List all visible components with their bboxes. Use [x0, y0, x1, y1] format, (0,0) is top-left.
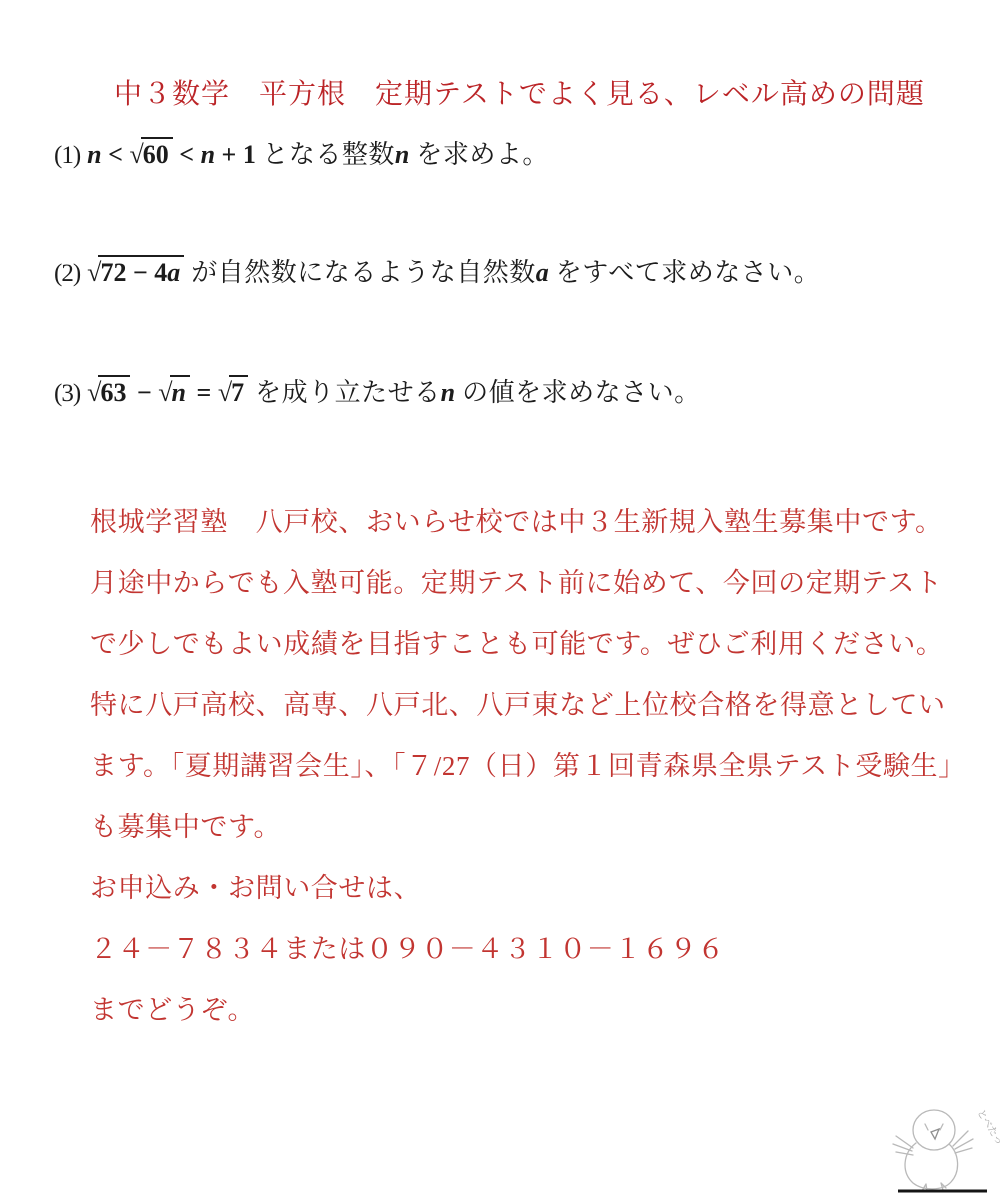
sqrt-expression: √63: [87, 375, 130, 408]
formula-segment: a: [167, 258, 180, 287]
radicand: 7: [229, 375, 248, 407]
radicand: 63: [98, 375, 130, 407]
promo-line-9: までどうぞ。: [90, 980, 966, 1041]
formula-segment: n: [87, 140, 101, 169]
sqrt-expression: √n: [158, 375, 190, 408]
formula-segment: をすべて求めなさい。: [549, 258, 820, 287]
formula-segment: を求めよ。: [409, 140, 549, 169]
sqrt-expression: √72 − 4a: [87, 255, 184, 288]
promo-paragraph: 根城学習塾 八戸校、おいらせ校では中３生新規入塾生募集中です。 月途中からでも入…: [90, 492, 966, 1041]
problem-3-formula: √63 − √n = √7 を成り立たせるn の値を求めなさい。: [87, 378, 700, 407]
chick-wing-left: [893, 1136, 913, 1155]
promo-line-7: お申込み・お問い合せは、: [90, 858, 966, 919]
problem-3: (3)√63 − √n = √7 を成り立たせるn の値を求めなさい。: [54, 372, 701, 409]
formula-segment: =: [190, 378, 218, 407]
sqrt-expression: √60: [129, 137, 172, 170]
formula-segment: n: [441, 378, 455, 407]
formula-segment: n: [201, 140, 215, 169]
problem-2-number: (2): [54, 260, 80, 287]
problem-2: (2)√72 − 4a が自然数になるような自然数a をすべて求めなさい。: [54, 252, 820, 289]
problem-1-formula: n < √60 < n + 1 となる整数n を求めよ。: [87, 140, 549, 169]
promo-line-2: 月途中からでも入塾可能。定期テスト前に始めて、今回の定期テスト: [90, 553, 966, 614]
chick-beak: [931, 1129, 939, 1139]
formula-segment: −: [130, 378, 158, 407]
formula-segment: a: [536, 258, 549, 287]
formula-segment: を成り立たせる: [248, 378, 441, 407]
chick-wing-right: [953, 1131, 973, 1153]
formula-segment: n: [395, 140, 409, 169]
worksheet-page: 中３数学 平方根 定期テストでよく見る、レベル高めの問題 (1)n < √60 …: [0, 0, 1003, 1200]
problem-1-number: (1): [54, 142, 80, 169]
sqrt-expression: √7: [218, 375, 248, 408]
formula-segment: 63: [100, 378, 126, 407]
problem-2-formula: √72 − 4a が自然数になるような自然数a をすべて求めなさい。: [87, 258, 820, 287]
formula-segment: <: [102, 140, 130, 169]
promo-line-4: 特に八戸高校、高専、八戸北、八戸東など上位校合格を得意としてい: [90, 675, 966, 736]
formula-segment: 60: [143, 140, 169, 169]
chick-eyes: [925, 1124, 943, 1130]
radicand: 72 − 4a: [98, 255, 184, 287]
page-title: 中３数学 平方根 定期テストでよく見る、レベル高めの問題: [114, 72, 925, 112]
promo-line-3: で少しでもよい成績を目指すことも可能です。ぜひご利用ください。: [90, 614, 966, 675]
promo-line-6: も募集中です。: [90, 797, 966, 858]
chick-doodle: とべたっ: [873, 1098, 1003, 1198]
formula-segment: n: [172, 378, 186, 407]
promo-line-8: ２４－７８３４または０９０－４３１０－１６９６: [90, 919, 966, 980]
formula-segment: <: [173, 140, 201, 169]
promo-line-5: ます。「夏期講習会生」、「７/27（日）第１回青森県全県テスト受験生」: [90, 736, 966, 797]
problem-1: (1)n < √60 < n + 1 となる整数n を求めよ。: [54, 134, 549, 171]
radicand: 60: [141, 137, 173, 169]
formula-segment: 72 − 4: [100, 258, 167, 287]
formula-segment: + 1: [215, 140, 262, 169]
radicand: n: [170, 375, 190, 407]
formula-segment: の値を求めなさい。: [455, 378, 701, 407]
promo-line-1: 根城学習塾 八戸校、おいらせ校では中３生新規入塾生募集中です。: [90, 492, 966, 553]
formula-segment: 7: [231, 378, 244, 407]
problem-3-number: (3): [54, 380, 80, 407]
doodle-caption: とべたっ: [974, 1107, 1003, 1147]
formula-segment: となる整数: [262, 140, 395, 169]
formula-segment: が自然数になるような自然数: [184, 258, 536, 287]
